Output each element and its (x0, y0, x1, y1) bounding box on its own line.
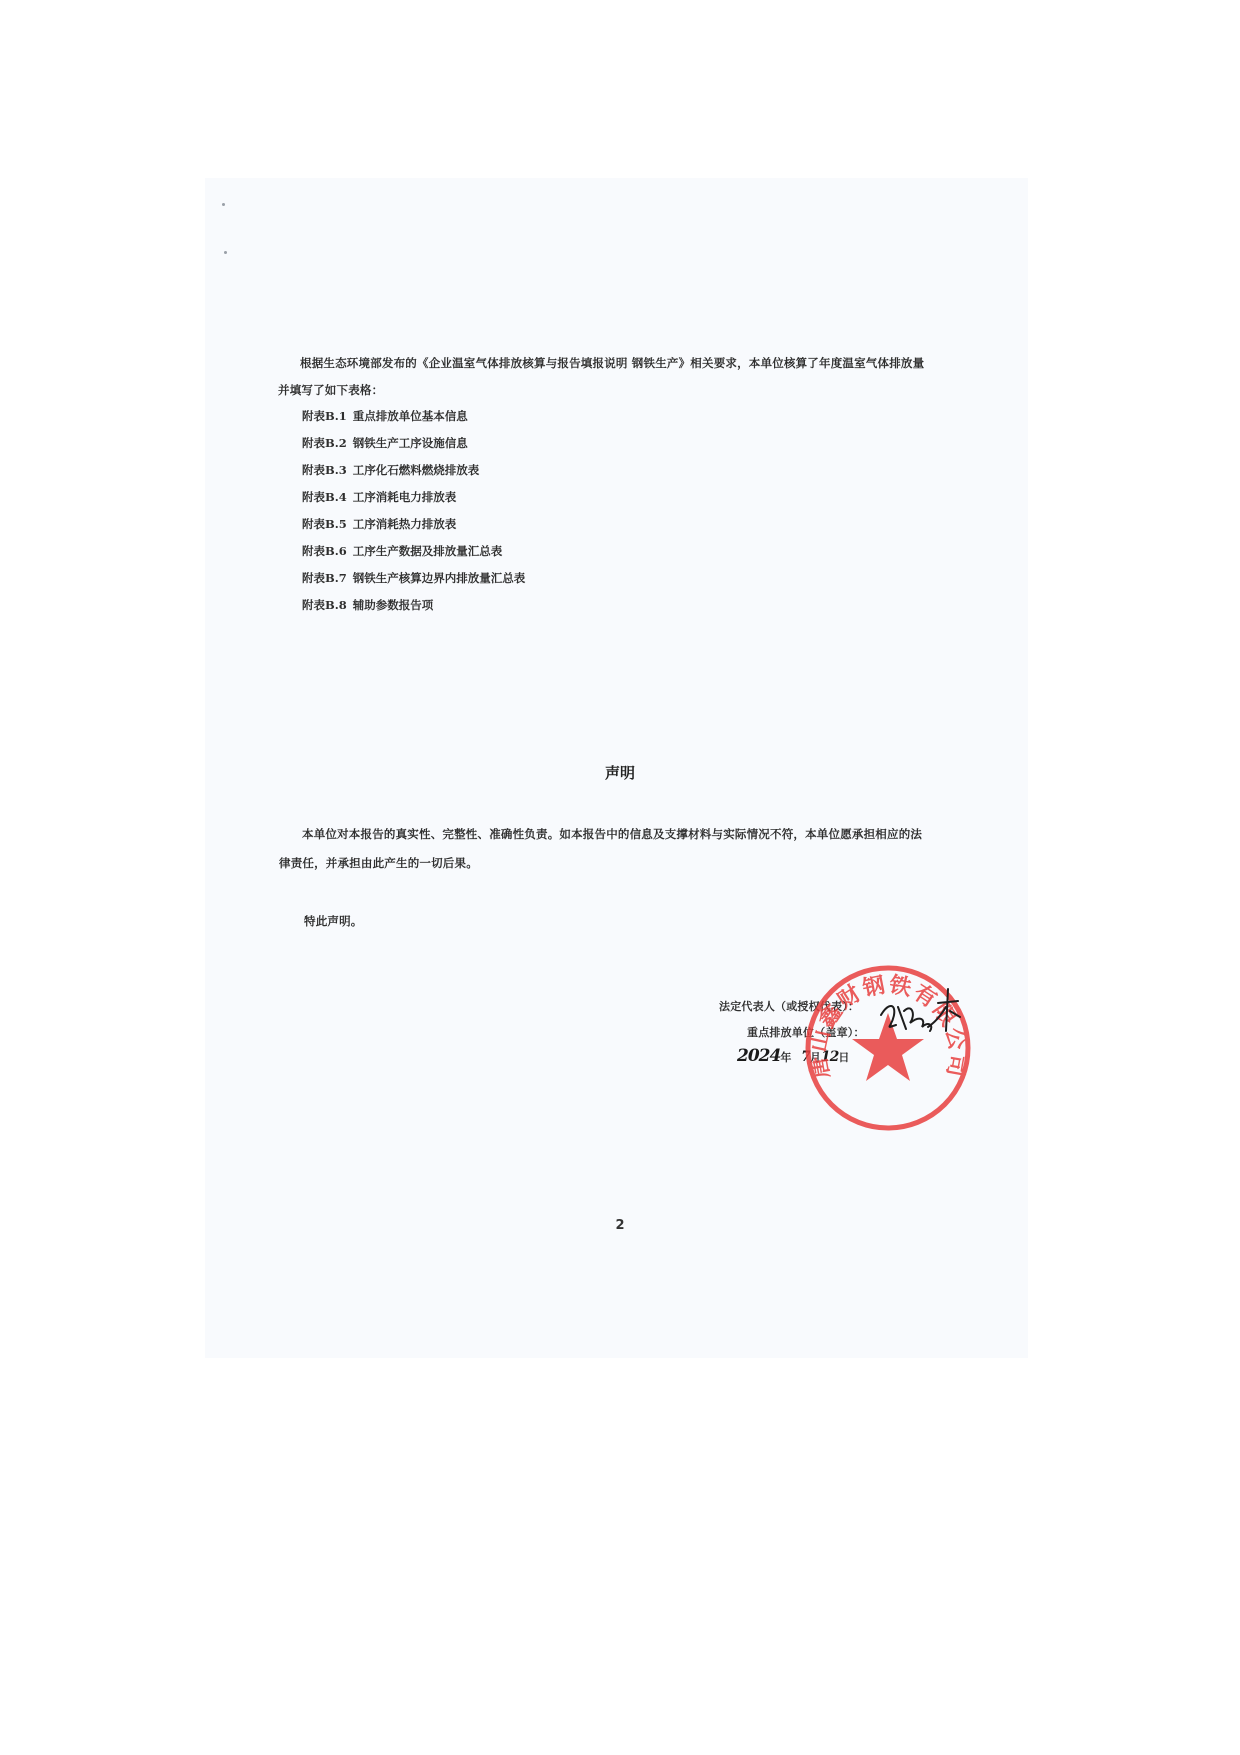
appendix-title: 工序化石燃料燃烧排放表 (353, 463, 480, 477)
appendix-item: 附表B.7钢铁生产核算边界内排放量汇总表 (302, 570, 525, 597)
appendix-code: 附表B.2 (302, 436, 347, 450)
handwritten-year: 2024 (737, 1046, 780, 1066)
appendix-item: 附表B.5工序消耗热力排放表 (302, 516, 525, 543)
appendix-item: 附表B.4工序消耗电力排放表 (302, 489, 525, 516)
handwritten-signature-icon (876, 985, 966, 1045)
appendix-title: 辅助参数报告项 (353, 598, 434, 612)
appendix-item: 附表B.8辅助参数报告项 (302, 597, 525, 624)
appendix-code: 附表B.1 (302, 409, 347, 423)
intro-paragraph-line-2: 并填写了如下表格： (278, 382, 383, 398)
appendix-item: 附表B.6工序生产数据及排放量汇总表 (302, 543, 525, 570)
appendix-code: 附表B.7 (302, 571, 347, 585)
appendix-title: 工序消耗热力排放表 (353, 517, 457, 531)
appendix-title: 重点排放单位基本信息 (353, 409, 468, 423)
intro-paragraph-line-1: 根据生态环境部发布的《企业温室气体排放核算与报告填报说明 钢铁生产》相关要求，本… (300, 355, 924, 371)
appendix-title: 工序消耗电力排放表 (353, 490, 457, 504)
appendix-code: 附表B.8 (302, 598, 347, 612)
year-suffix: 年 (780, 1051, 791, 1064)
appendix-code: 附表B.4 (302, 490, 347, 504)
appendix-title: 工序生产数据及排放量汇总表 (353, 544, 503, 558)
scan-speck (224, 251, 227, 254)
appendix-code: 附表B.3 (302, 463, 347, 477)
declaration-line-2: 律责任，并承担由此产生的一切后果。 (279, 855, 478, 871)
page-number: 2 (0, 1218, 1240, 1233)
appendix-title: 钢铁生产核算边界内排放量汇总表 (353, 571, 526, 585)
appendix-code: 附表B.6 (302, 544, 347, 558)
appendix-title: 钢铁生产工序设施信息 (353, 436, 468, 450)
appendix-code: 附表B.5 (302, 517, 347, 531)
appendix-table-list: 附表B.1重点排放单位基本信息 附表B.2钢铁生产工序设施信息 附表B.3工序化… (302, 408, 525, 624)
appendix-item: 附表B.1重点排放单位基本信息 (302, 408, 525, 435)
declaration-heading: 声明 (0, 762, 1240, 783)
scan-speck (222, 203, 225, 206)
declaration-closing: 特此声明。 (304, 913, 363, 929)
appendix-item: 附表B.3工序化石燃料燃烧排放表 (302, 462, 525, 489)
declaration-line-1: 本单位对本报告的真实性、完整性、准确性负责。如本报告中的信息及支撑材料与实际情况… (302, 826, 922, 842)
appendix-item: 附表B.2钢铁生产工序设施信息 (302, 435, 525, 462)
